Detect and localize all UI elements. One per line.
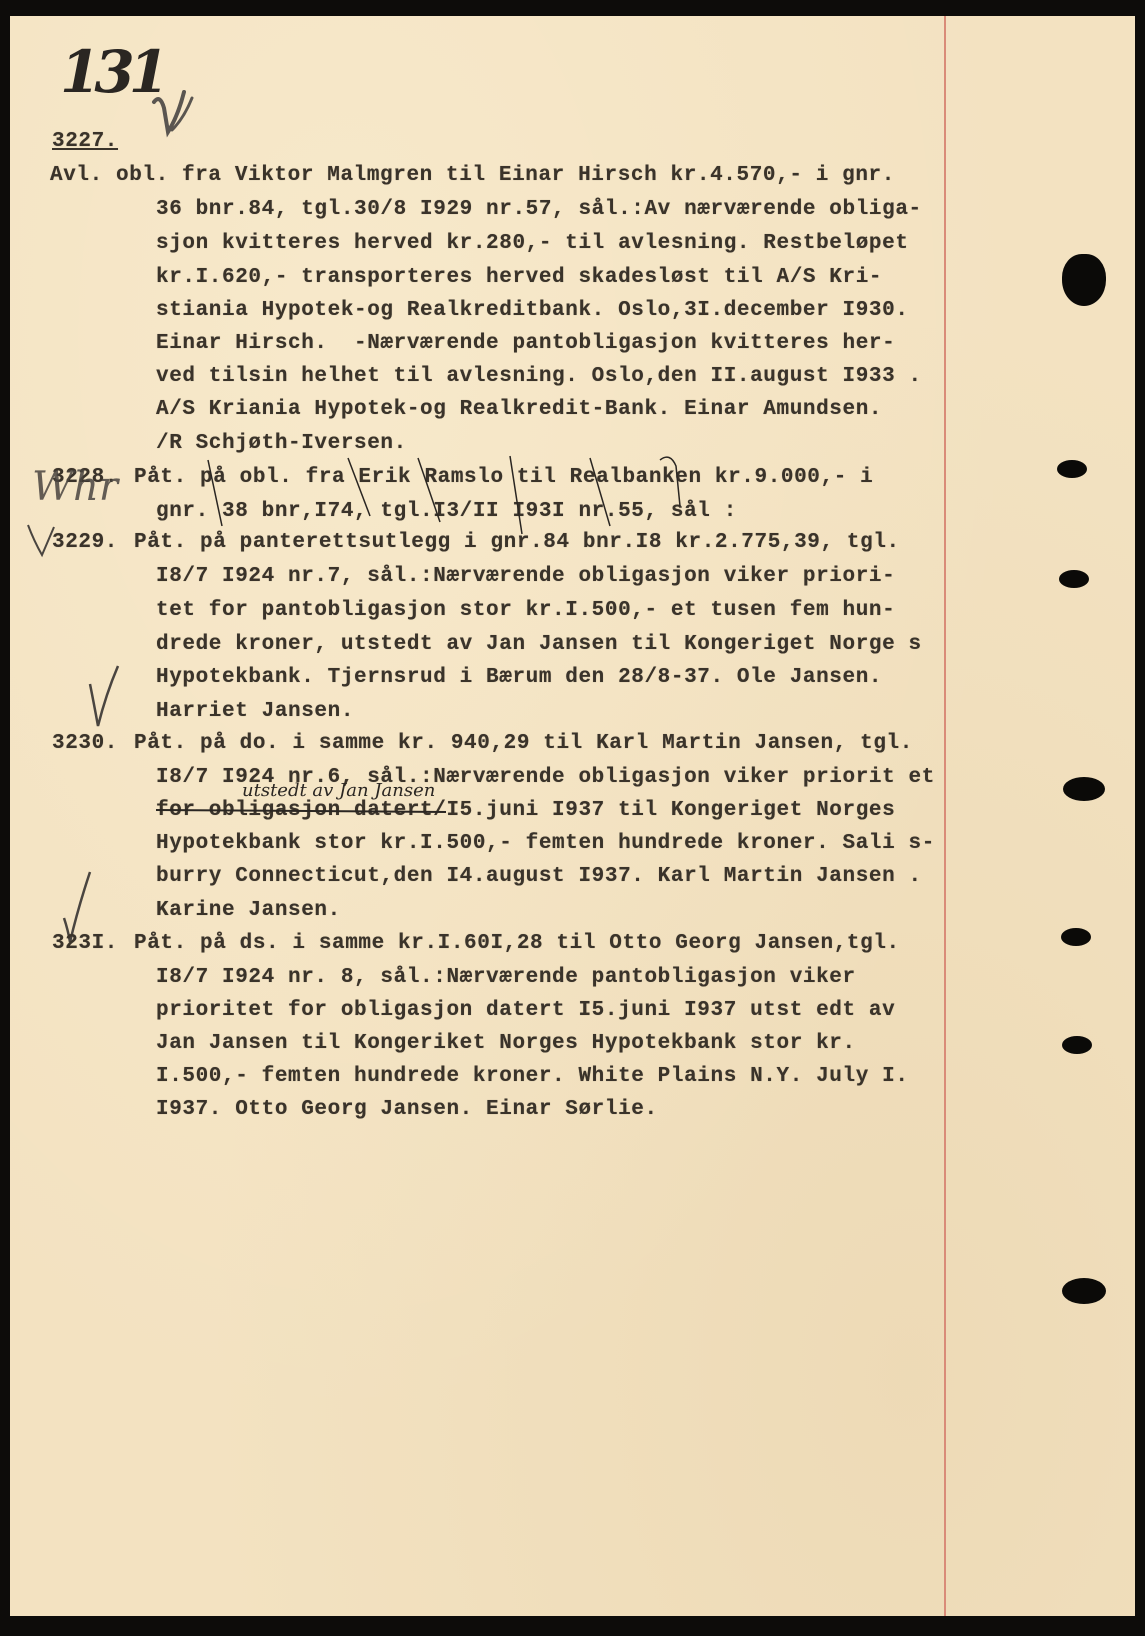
- entry-number-3231: 323I.: [52, 932, 118, 955]
- check-mark-icon: [88, 664, 128, 734]
- entry-3231-line-1: Påt. på ds. i samme kr.I.60I,28 til Otto…: [134, 932, 900, 955]
- handwritten-strokes: [200, 456, 800, 536]
- entry-3230-line-5: burry Connecticut,den I4.august I937. Ka…: [156, 865, 922, 888]
- entry-3231-line-2: I8/7 I924 nr. 8, sål.:Nærværende pantobl…: [156, 966, 856, 989]
- punch-hole: [1063, 777, 1105, 801]
- entry-number-3227: 3227.: [52, 130, 118, 153]
- entry-3229-line-1: Påt. på panterettsutlegg i gnr.84 bnr.I8…: [134, 531, 900, 554]
- entry-3227-line-5: stiania Hypotek-og Realkreditbank. Oslo,…: [156, 299, 909, 322]
- punch-hole: [1061, 928, 1091, 946]
- handwritten-margin-note: Whr: [32, 464, 118, 510]
- punch-hole: [1062, 1278, 1106, 1304]
- punch-hole-top: [1062, 254, 1106, 306]
- entry-number-3229: 3229.: [52, 531, 118, 554]
- entry-3231-line-6: I937. Otto Georg Jansen. Einar Sørlie.: [156, 1098, 658, 1121]
- entry-3227-line-4: kr.I.620,- transporteres herved skadeslø…: [156, 266, 882, 289]
- entry-3231-line-5: I.500,- femten hundrede kroner. White Pl…: [156, 1065, 909, 1088]
- entry-3229-line-5: Hypotekbank. Tjernsrud i Bærum den 28/8-…: [156, 666, 882, 689]
- entry-3227-line-8: A/S Kriania Hypotek-og Realkredit-Bank. …: [156, 398, 882, 421]
- handwritten-insertion: utstedt av Jan Jansen: [242, 780, 435, 801]
- entry-3229-line-2: I8/7 I924 nr.7, sål.:Nærværende obligasj…: [156, 565, 895, 588]
- entry-3230-line-1: Påt. på do. i samme kr. 940,29 til Karl …: [134, 732, 913, 755]
- handwritten-page-number: 131: [60, 38, 163, 106]
- entry-3227-line-9: /R Schjøth-Iversen.: [156, 432, 407, 455]
- entry-3230-line-4: Hypotekbank stor kr.I.500,- femten hundr…: [156, 832, 935, 855]
- entry-3231-line-4: Jan Jansen til Kongeriket Norges Hypotek…: [156, 1032, 856, 1055]
- entry-number-3230: 3230.: [52, 732, 118, 755]
- punch-hole: [1059, 570, 1089, 588]
- entry-3227-line-6: Einar Hirsch. -Nærværende pantobligasjon…: [156, 332, 895, 355]
- entry-3227-line-3: sjon kvitteres herved kr.280,- til avles…: [156, 232, 909, 255]
- document-page: 131 3227. Avl. obl. fra Viktor Malmgren …: [10, 16, 1135, 1616]
- punch-hole: [1057, 460, 1087, 478]
- check-mark-icon: [150, 88, 210, 148]
- margin-rule-line: [944, 16, 946, 1616]
- entry-3229-line-6: Harriet Jansen.: [156, 700, 354, 723]
- entry-3227-line-7: ved tilsin helhet til avlesning. Oslo,de…: [156, 365, 922, 388]
- strikethrough-line: [156, 806, 456, 816]
- entry-3231-line-3: prioritet for obligasjon datert I5.juni …: [156, 999, 895, 1022]
- entry-3227-line-2: 36 bnr.84, tgl.30/8 I929 nr.57, sål.:Av …: [156, 198, 922, 221]
- entry-3230-line-6: Karine Jansen.: [156, 899, 341, 922]
- entry-3229-line-4: drede kroner, utstedt av Jan Jansen til …: [156, 633, 922, 656]
- entry-3229-line-3: tet for pantobligasjon stor kr.I.500,- e…: [156, 599, 895, 622]
- entry-3227-line-1: Avl. obl. fra Viktor Malmgren til Einar …: [50, 164, 895, 187]
- punch-hole: [1062, 1036, 1092, 1054]
